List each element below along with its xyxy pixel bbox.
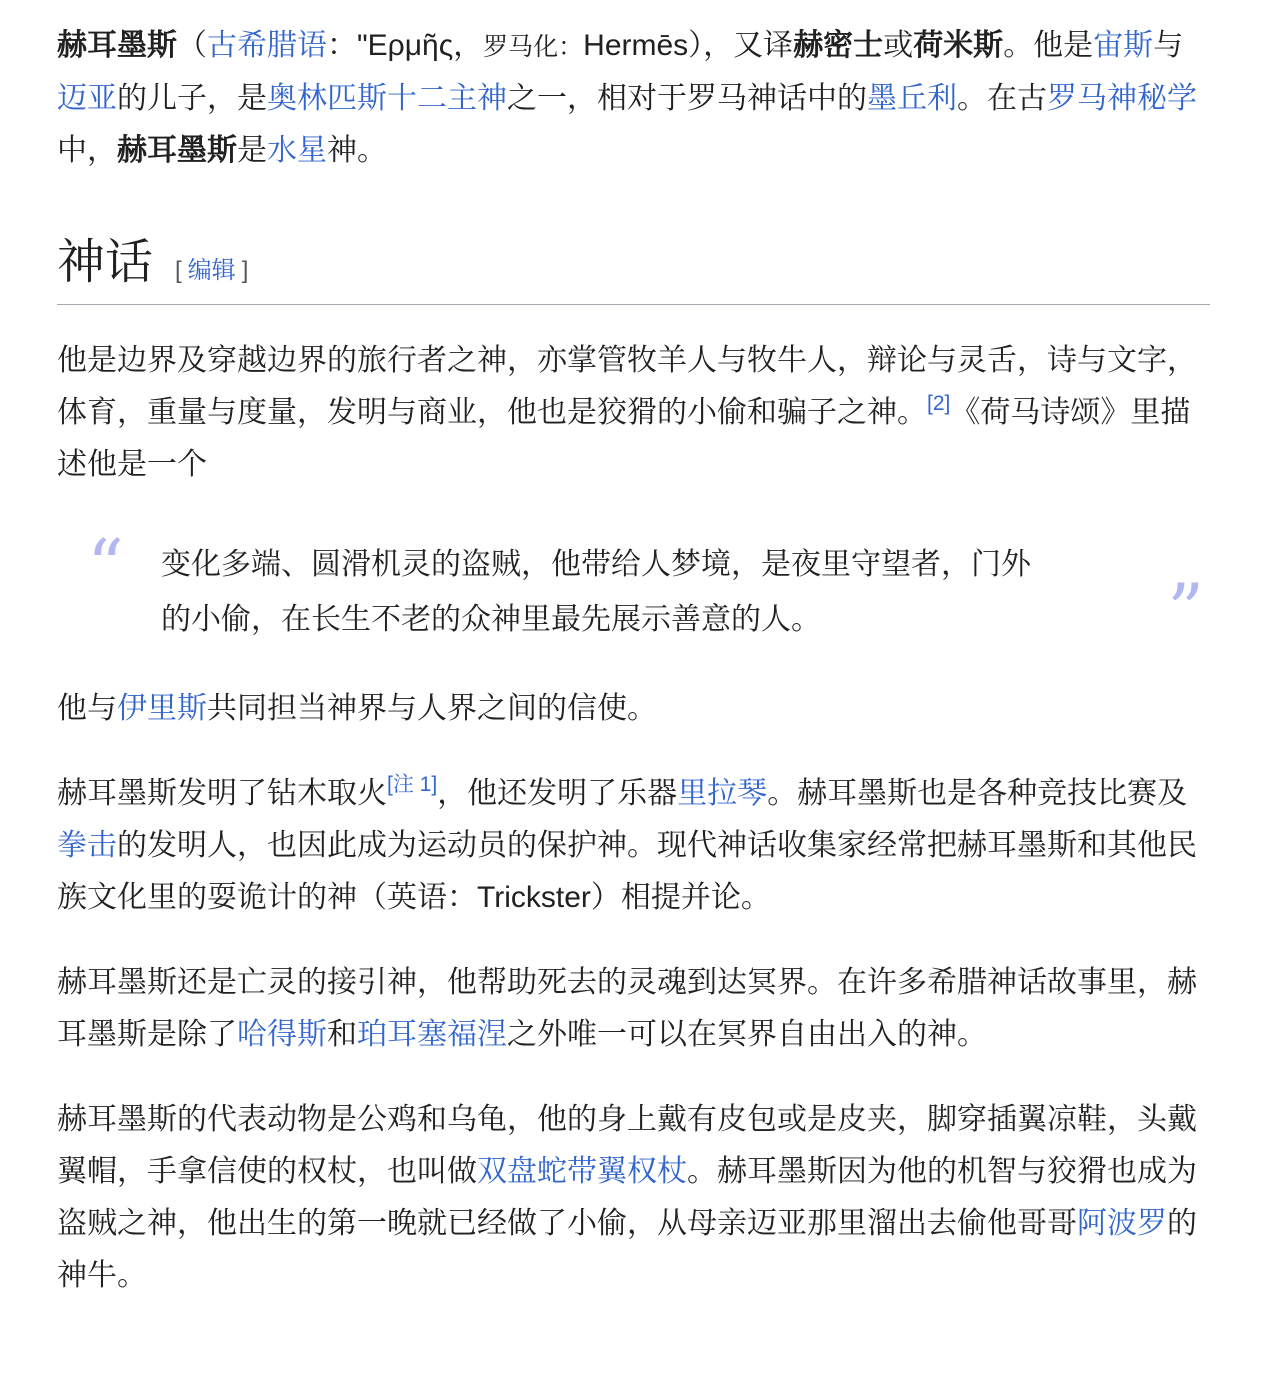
text-run: 他与: [57, 692, 117, 725]
wiki-link[interactable]: 珀耳塞福涅: [357, 1018, 507, 1051]
section-title: 神话: [57, 237, 153, 290]
text-run: 的儿子，是: [117, 82, 267, 115]
text-run: 。赫耳墨斯也是各种竞技比赛及: [767, 777, 1187, 810]
wiki-link[interactable]: 水星: [267, 134, 327, 167]
text-run: ："Ερμῆς，: [327, 29, 483, 62]
edit-section: [编辑]: [175, 258, 248, 284]
wiki-link[interactable]: 里拉琴: [677, 777, 767, 810]
wiki-link[interactable]: 古希腊语: [207, 29, 327, 62]
text-run: 。他是: [1003, 29, 1093, 62]
text-run: 。在古: [957, 82, 1047, 115]
edit-link[interactable]: 编辑: [188, 257, 236, 284]
wiki-link[interactable]: 双盘蛇带翼权杖: [477, 1155, 687, 1188]
bold-text: 赫耳墨斯: [57, 29, 177, 62]
bold-text: 荷米斯: [913, 29, 1003, 62]
edit-bracket-open: [: [175, 257, 182, 284]
symbols-paragraph: 赫耳墨斯的代表动物是公鸡和乌龟，他的身上戴有皮包或是皮夹，脚穿插翼凉鞋，头戴翼帽…: [57, 1094, 1210, 1302]
text-run: 赫耳墨斯发明了钻木取火: [57, 777, 387, 810]
open-quote-mark: “: [87, 537, 161, 595]
wiki-link[interactable]: 罗马神秘学: [1047, 82, 1197, 115]
text-run: 或: [883, 29, 913, 62]
wiki-link[interactable]: 奥林匹斯十二主神: [267, 82, 507, 115]
text-run: 之外唯一可以在冥界自由出入的神。: [507, 1018, 987, 1051]
wiki-link[interactable]: 阿波罗: [1077, 1207, 1167, 1240]
text-run: 与: [1153, 29, 1183, 62]
lead-paragraph: 赫耳墨斯（古希腊语："Ερμῆς，罗马化：Hermēs），又译赫密士或荷米斯。他…: [57, 20, 1210, 177]
text-run: 和: [327, 1018, 357, 1051]
messenger-paragraph: 他与伊里斯共同担当神界与人界之间的信使。: [57, 683, 1210, 735]
blockquote-text: 变化多端、圆滑机灵的盗贼，他带给人梦境，是夜里守望者，门外的小偷，在长生不老的众…: [161, 537, 1033, 647]
wiki-link[interactable]: 宙斯: [1093, 29, 1153, 62]
section-heading-myth: 神话 [编辑]: [57, 237, 1210, 305]
edit-bracket-close: ]: [242, 257, 249, 284]
text-run: ，他还发明了乐器: [437, 777, 677, 810]
close-quote-mark: ”: [1167, 581, 1210, 639]
wiki-link[interactable]: 拳击: [57, 829, 117, 862]
wiki-link[interactable]: 伊里斯: [117, 692, 207, 725]
text-run: 中，: [57, 134, 117, 167]
text-run: 共同担当神界与人界之间的信使。: [207, 692, 657, 725]
text-run: Hermēs），又译: [583, 29, 793, 62]
underworld-paragraph: 赫耳墨斯还是亡灵的接引神，他帮助死去的灵魂到达冥界。在许多希腊神话故事里，赫耳墨…: [57, 957, 1210, 1061]
wiki-link[interactable]: 墨丘利: [867, 82, 957, 115]
inventions-paragraph: 赫耳墨斯发明了钻木取火[注 1]，他还发明了乐器里拉琴。赫耳墨斯也是各种竞技比赛…: [57, 768, 1210, 924]
bold-text: 赫密士: [793, 29, 883, 62]
text-run: （: [177, 29, 207, 62]
reference-link[interactable]: [2]: [927, 392, 950, 415]
myth-intro-paragraph: 他是边界及穿越边界的旅行者之神，亦掌管牧羊人与牧牛人，辩论与灵舌，诗与文字，体育…: [57, 335, 1210, 491]
text-run: 之一，相对于罗马神话中的: [507, 82, 867, 115]
romanization-label: 罗马化：: [483, 33, 583, 61]
wiki-link[interactable]: 迈亚: [57, 82, 117, 115]
text-run: 是: [237, 134, 267, 167]
wiki-link[interactable]: 哈得斯: [237, 1018, 327, 1051]
reference-link[interactable]: [注 1]: [387, 773, 437, 796]
text-run: 的发明人，也因此成为运动员的保护神。现代神话收集家经常把赫耳墨斯和其他民族文化里…: [57, 829, 1197, 914]
blockquote: “ 变化多端、圆滑机灵的盗贼，他带给人梦境，是夜里守望者，门外的小偷，在长生不老…: [87, 537, 1210, 647]
text-run: 神。: [327, 134, 387, 167]
bold-text: 赫耳墨斯: [117, 134, 237, 167]
article: 赫耳墨斯（古希腊语："Ερμῆς，罗马化：Hermēs），又译赫密士或荷米斯。他…: [0, 0, 1262, 1375]
